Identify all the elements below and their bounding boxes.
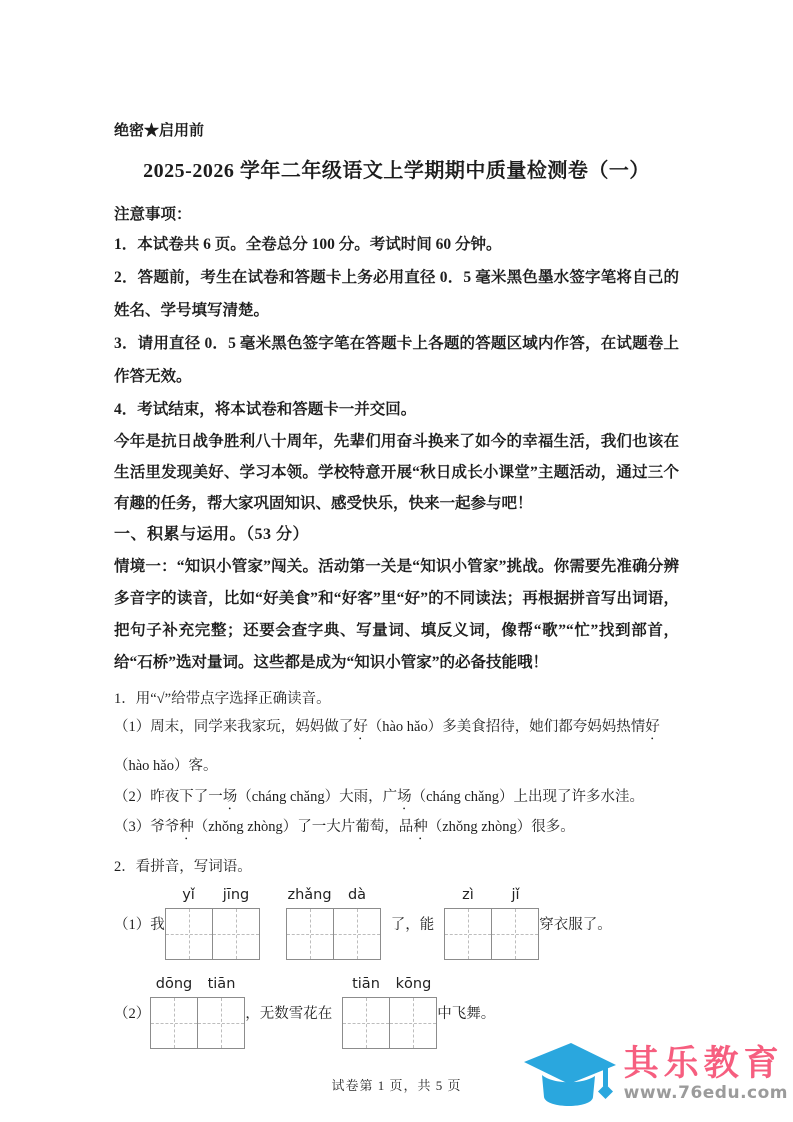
writing-cell bbox=[287, 909, 333, 959]
pinyin-label: zì jǐ bbox=[444, 887, 539, 906]
writing-cell bbox=[197, 998, 244, 1048]
text-segment: （hào hǎo）多美食招待，她们都夸妈妈热情 bbox=[368, 719, 646, 735]
pinyin-syllable: dà bbox=[333, 887, 381, 906]
writing-cell bbox=[166, 909, 212, 959]
emphasized-character: 好 bbox=[353, 719, 368, 735]
pinyin-syllable: jǐ bbox=[492, 887, 540, 906]
writing-grid bbox=[165, 908, 260, 960]
writing-cell bbox=[333, 909, 380, 959]
pinyin-syllable: tiān bbox=[198, 976, 246, 995]
writing-grid bbox=[286, 908, 381, 960]
emphasized-character: 场 bbox=[223, 789, 238, 805]
intro-paragraph: 今年是抗日战争胜利八十周年，先辈们用奋斗换来了如今的幸福生活，我们也该在生活里发… bbox=[114, 426, 679, 519]
publisher-url: www.76edu.com bbox=[624, 1083, 788, 1103]
emphasized-character: 种 bbox=[179, 819, 194, 835]
text-segment: （cháng chǎng）大雨，广 bbox=[237, 789, 397, 805]
publisher-logo: 其乐教育 www.76edu.com bbox=[518, 1034, 788, 1114]
question-1-item-3: （3）爷爷种（zhǒng zhòng）了一大片葡萄，品种（zhǒng zhòng… bbox=[114, 813, 679, 843]
text-segment: （1）周末，同学来我家玩，妈妈做了 bbox=[114, 719, 353, 735]
writing-cell bbox=[212, 909, 259, 959]
question-2-heading: 2．看拼音，写词语。 bbox=[114, 853, 679, 881]
text-segment: （3）爷爷 bbox=[114, 819, 179, 835]
emphasized-character: 场 bbox=[397, 789, 412, 805]
question-1-item-1-line-1: （1）周末，同学来我家玩，妈妈做了好（hào hǎo）多美食招待，她们都夸妈妈热… bbox=[114, 713, 679, 743]
sentence-mid: 了，能 bbox=[391, 913, 435, 934]
writing-grid bbox=[150, 997, 245, 1049]
emphasized-character: 种 bbox=[413, 819, 428, 835]
exam-paper-page: 绝密★启用前 2025-2026 学年二年级语文上学期期中质量检测卷（一） 注意… bbox=[0, 0, 793, 1122]
notice-item-1: 1．本试卷共 6 页。全卷总分 100 分。考试时间 60 分钟。 bbox=[114, 228, 679, 261]
notice-item-3: 3．请用直径 0．5 毫米黑色签字笔在答题卡上各题的答题区域内作答，在试题卷上作… bbox=[114, 327, 679, 393]
writing-grid-group: zhǎng dà bbox=[286, 887, 381, 960]
sentence-prefix: （1）我 bbox=[114, 913, 165, 934]
text-segment: （hào hǎo）客。 bbox=[114, 758, 218, 774]
pinyin-syllable: zhǎng bbox=[286, 887, 334, 906]
publisher-name: 其乐教育 bbox=[624, 1045, 784, 1083]
graduation-cap-icon bbox=[518, 1034, 620, 1114]
pinyin-label: yǐ jīng bbox=[165, 887, 260, 906]
pinyin-label: dōng tiān bbox=[150, 976, 245, 995]
writing-cell bbox=[491, 909, 538, 959]
publisher-text: 其乐教育 www.76edu.com bbox=[624, 1045, 788, 1103]
pinyin-syllable: tiān bbox=[342, 976, 390, 995]
question-2-item-1: （1）我 yǐ jīng zhǎng dà 了，能 zì bbox=[114, 887, 679, 960]
notice-item-2: 2．答题前，考生在试卷和答题卡上务必用直径 0．5 毫米黑色墨水签字笔将自己的姓… bbox=[114, 261, 679, 327]
notice-item-4: 4．考试结束，将本试卷和答题卡一并交回。 bbox=[114, 393, 679, 426]
question-1-heading: 1．用“√”给带点字选择正确读音。 bbox=[114, 685, 679, 713]
pinyin-label: tiān kōng bbox=[342, 976, 437, 995]
writing-grid bbox=[444, 908, 539, 960]
writing-grid-group: yǐ jīng bbox=[165, 887, 260, 960]
writing-grid-group: tiān kōng bbox=[342, 976, 437, 1049]
pinyin-label: zhǎng dà bbox=[286, 887, 381, 906]
text-segment: （zhǒng zhòng）了一大片葡萄，品 bbox=[194, 819, 414, 835]
text-segment: （zhǒng zhòng）很多。 bbox=[428, 819, 575, 835]
writing-grid bbox=[342, 997, 437, 1049]
question-1-item-2: （2）昨夜下了一场（cháng chǎng）大雨，广场（cháng chǎng）… bbox=[114, 783, 679, 813]
writing-cell bbox=[151, 998, 197, 1048]
text-segment: （cháng chǎng）上出现了许多水洼。 bbox=[412, 789, 644, 805]
classification-label: 绝密★启用前 bbox=[114, 122, 679, 140]
sentence-mid: ，无数雪花在 bbox=[245, 1002, 332, 1023]
sentence-prefix: （2） bbox=[114, 1002, 150, 1023]
writing-cell bbox=[445, 909, 491, 959]
pinyin-syllable: jīng bbox=[212, 887, 260, 906]
pinyin-syllable: dōng bbox=[150, 976, 198, 995]
writing-cell bbox=[389, 998, 436, 1048]
pinyin-syllable: kōng bbox=[390, 976, 438, 995]
writing-grid-group: dōng tiān bbox=[150, 976, 245, 1049]
sentence-suffix: 中飞舞。 bbox=[437, 1002, 495, 1023]
section-one-heading: 一、积累与运用。（53 分） bbox=[114, 519, 679, 551]
scenario-paragraph: 情境一：“知识小管家”闯关。活动第一关是“知识小管家”挑战。你需要先准确分辨多音… bbox=[114, 551, 679, 679]
text-segment: （2）昨夜下了一 bbox=[114, 789, 223, 805]
pinyin-syllable: zì bbox=[444, 887, 492, 906]
emphasized-character: 好 bbox=[645, 719, 660, 735]
notice-heading: 注意事项： bbox=[114, 202, 679, 228]
writing-cell bbox=[343, 998, 389, 1048]
page-title: 2025-2026 学年二年级语文上学期期中质量检测卷（一） bbox=[114, 157, 679, 185]
writing-grid-group: zì jǐ bbox=[444, 887, 539, 960]
pinyin-syllable: yǐ bbox=[165, 887, 213, 906]
sentence-suffix: 穿衣服了。 bbox=[539, 913, 612, 934]
question-1-item-1-line-2: （hào hǎo）客。 bbox=[114, 752, 679, 781]
